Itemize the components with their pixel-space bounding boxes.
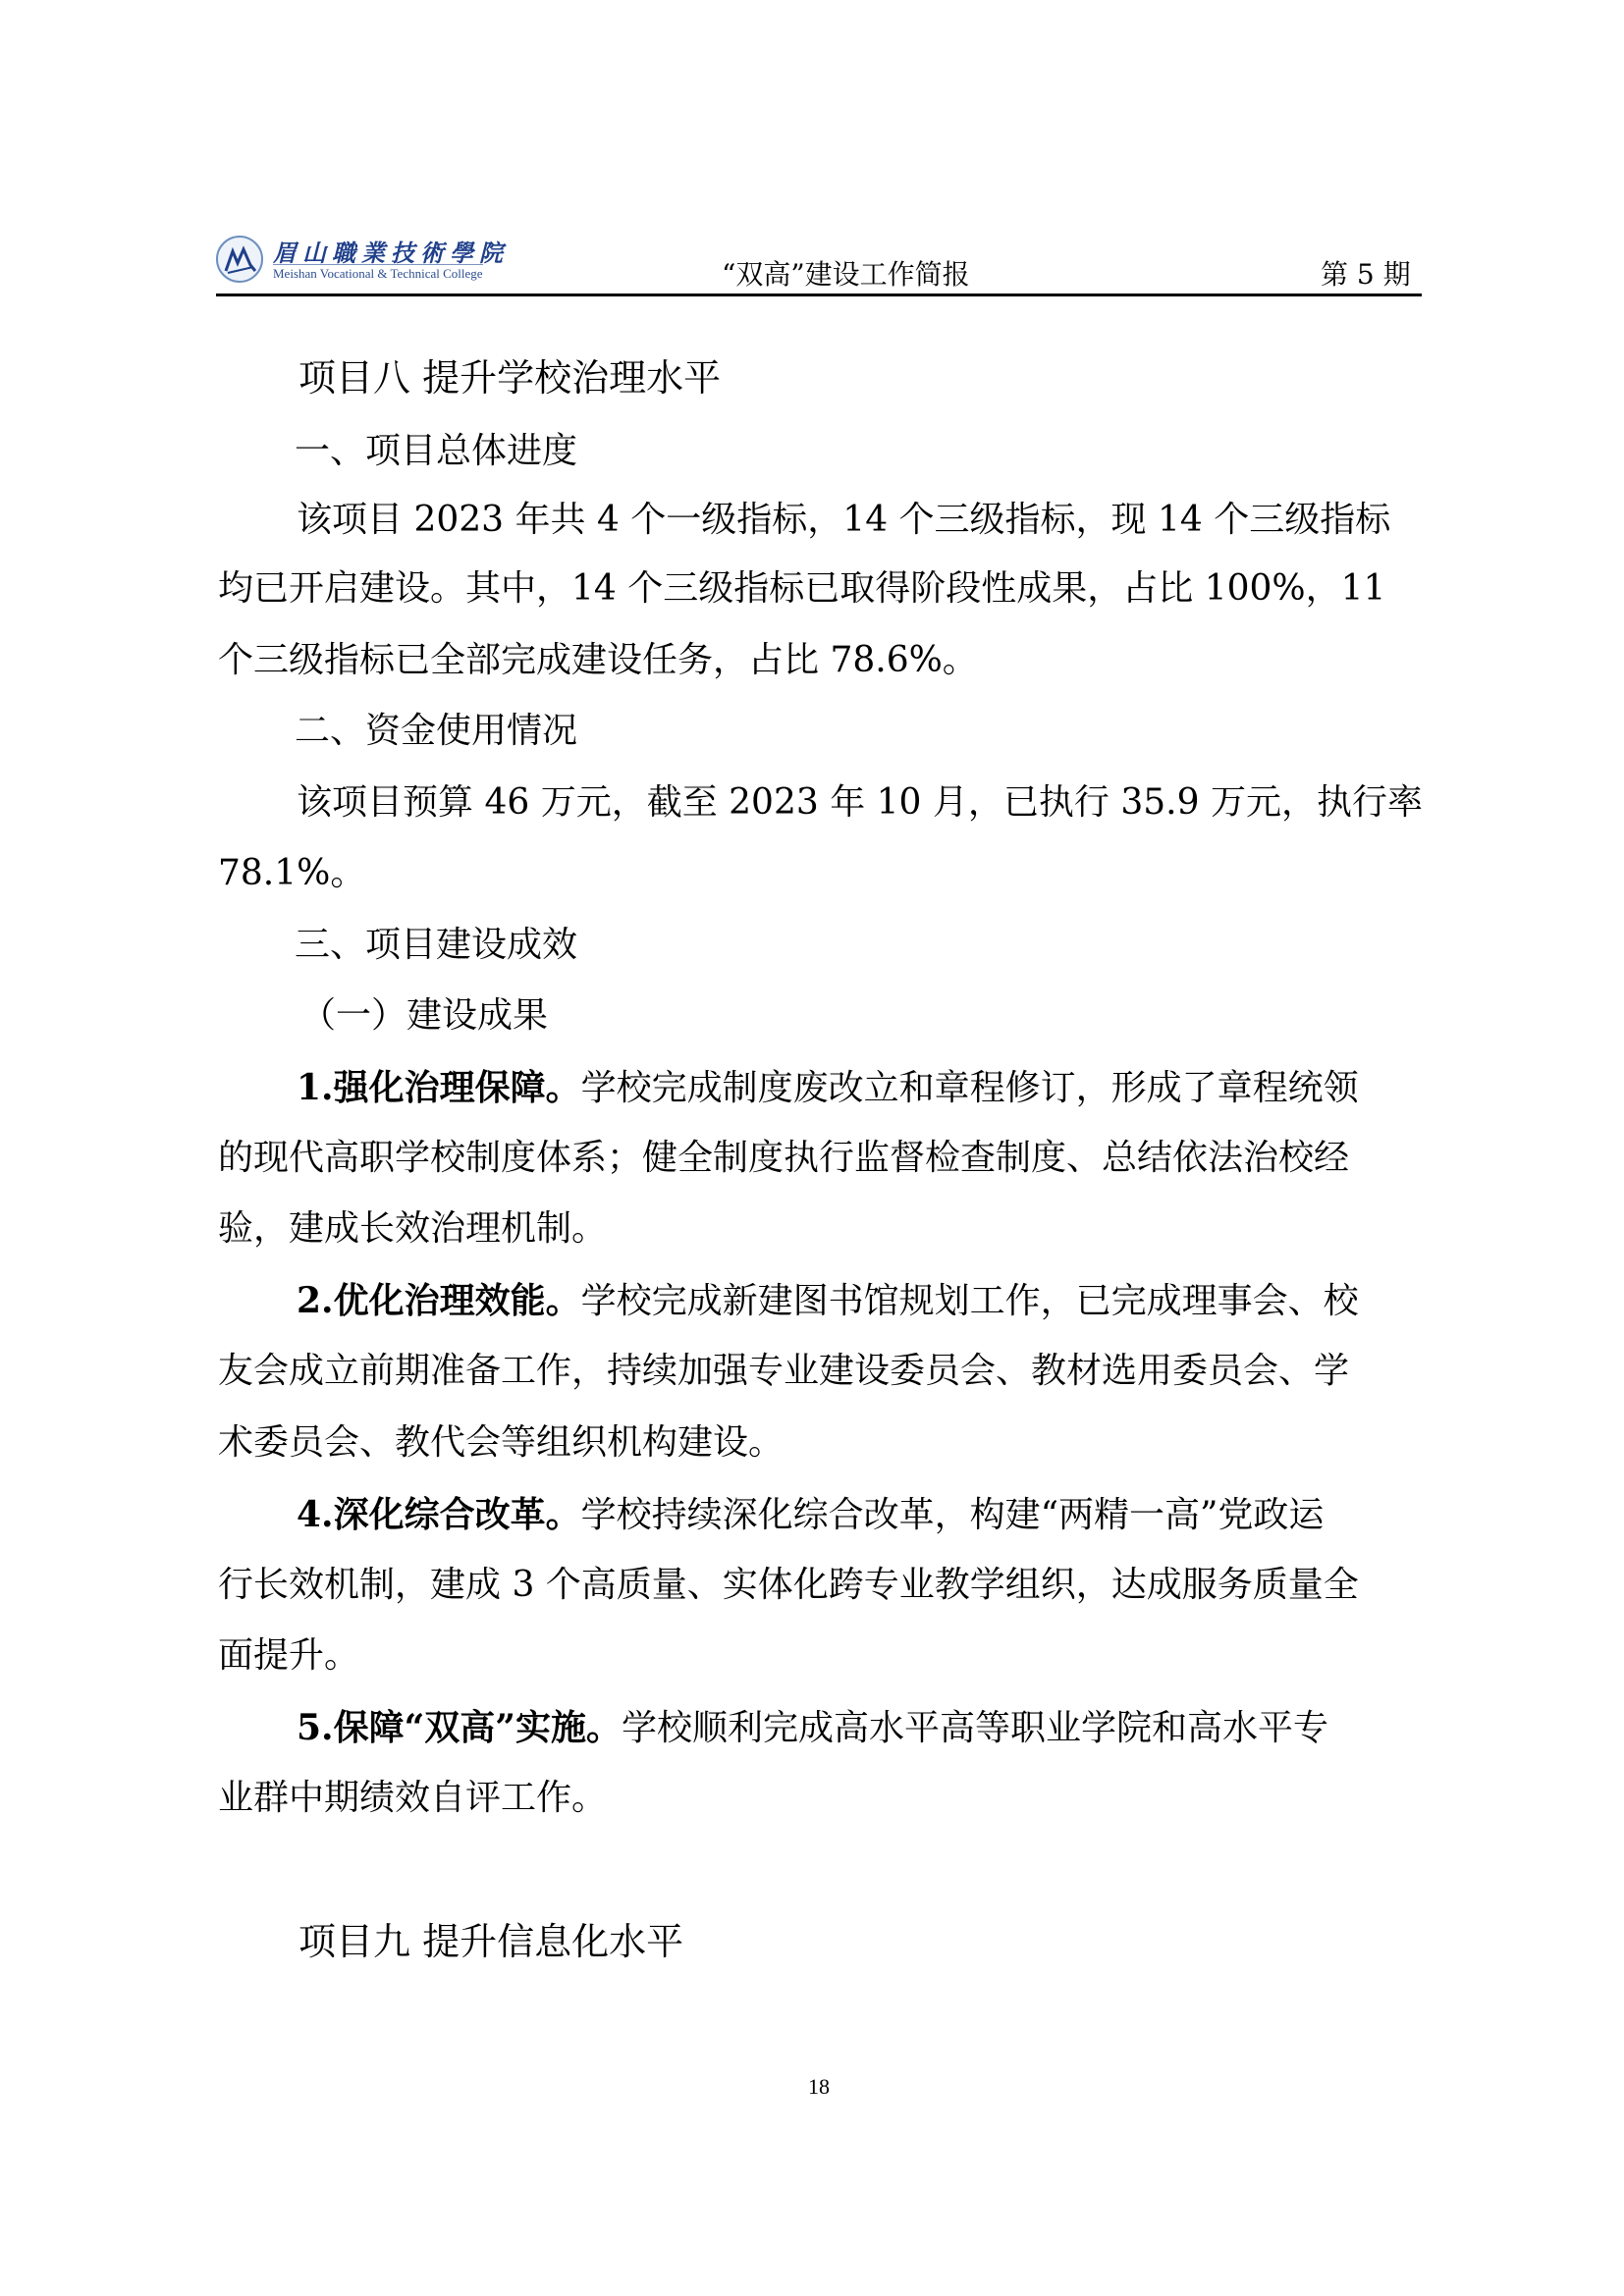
paragraph-line: 该项目预算 46 万元，截至 2023 年 10 月，已执行 35.9 万元，执… — [297, 781, 1494, 825]
page-number: 18 — [808, 2073, 830, 2101]
item-lead: 5.保障“双高”实施。 — [297, 1707, 622, 1748]
paragraph-line: 友会成立前期准备工作，持续加强专业建设委员会、教材选用委员会、学 — [218, 1350, 1416, 1393]
paragraph-line: 的现代高职学校制度体系；健全制度执行监督检查制度、总结依法治校经 — [218, 1137, 1416, 1180]
item-lead: 1.强化治理保障。 — [297, 1067, 581, 1108]
item-text: 学校完成新建图书馆规划工作，已完成理事会、校 — [581, 1281, 1359, 1321]
achievement-item-5: 5.保障“双高”实施。学校顺利完成高水平高等职业学院和高水平专 — [297, 1706, 1494, 1750]
item-text: 学校持续深化综合改革，构建“两精一高”党政运 — [581, 1495, 1325, 1535]
paragraph-line: 个三级指标已全部完成建设任务，占比 78.6%。 — [218, 639, 1416, 682]
logo-english-name: Meishan Vocational & Technical College — [273, 264, 483, 282]
achievement-item-1: 1.强化治理保障。学校完成制度废改立和章程修订，形成了章程统领 — [297, 1066, 1494, 1110]
achievement-item-4: 4.深化综合改革。学校持续深化综合改革，构建“两精一高”党政运 — [297, 1493, 1494, 1537]
project9-title: 项目九 提升信息化水平 — [298, 1920, 683, 1963]
paragraph-line: 验，建成长效治理机制。 — [218, 1207, 1416, 1251]
paragraph-line: 术委员会、教代会等组织机构建设。 — [218, 1421, 1416, 1465]
subsection-heading: （一）建设成果 — [300, 994, 548, 1038]
paragraph-line: 业群中期绩效自评工作。 — [218, 1777, 1416, 1820]
logo-chinese-name: 眉山職業技術學院 — [273, 234, 509, 268]
school-logo: 眉山職業技術學院 Meishan Vocational & Technical … — [216, 236, 628, 285]
newsletter-title: “双高”建设工作简报 — [722, 257, 970, 293]
paragraph-line: 面提升。 — [218, 1634, 1416, 1678]
paragraph-line: 均已开启建设。其中，14 个三级指标已取得阶段性成果，占比 100%，11 — [218, 567, 1416, 611]
paragraph-line: 78.1%。 — [218, 852, 1416, 895]
item-lead: 2.优化治理效能。 — [297, 1280, 581, 1321]
item-text: 学校顺利完成高水平高等职业学院和高水平专 — [622, 1708, 1328, 1748]
achievement-item-2: 2.优化治理效能。学校完成新建图书馆规划工作，已完成理事会、校 — [297, 1279, 1494, 1323]
school-emblem-icon — [216, 236, 263, 283]
paragraph-line: 行长效机制，建成 3 个高质量、实体化跨专业教学组织，达成服务质量全 — [218, 1564, 1416, 1607]
issue-number: 第 5 期 — [1321, 257, 1411, 293]
header-rule — [216, 294, 1422, 296]
project8-title: 项目八 提升学校治理水平 — [298, 356, 721, 400]
section3-heading: 三、项目建设成效 — [295, 924, 577, 967]
item-text: 学校完成制度废改立和章程修订，形成了章程统领 — [581, 1068, 1359, 1108]
item-lead: 4.深化综合改革。 — [297, 1494, 581, 1535]
section1-heading: 一、项目总体进度 — [295, 430, 577, 473]
section2-heading: 二、资金使用情况 — [295, 710, 577, 753]
paragraph-line: 该项目 2023 年共 4 个一级指标，14 个三级指标，现 14 个三级指标 — [297, 499, 1494, 542]
